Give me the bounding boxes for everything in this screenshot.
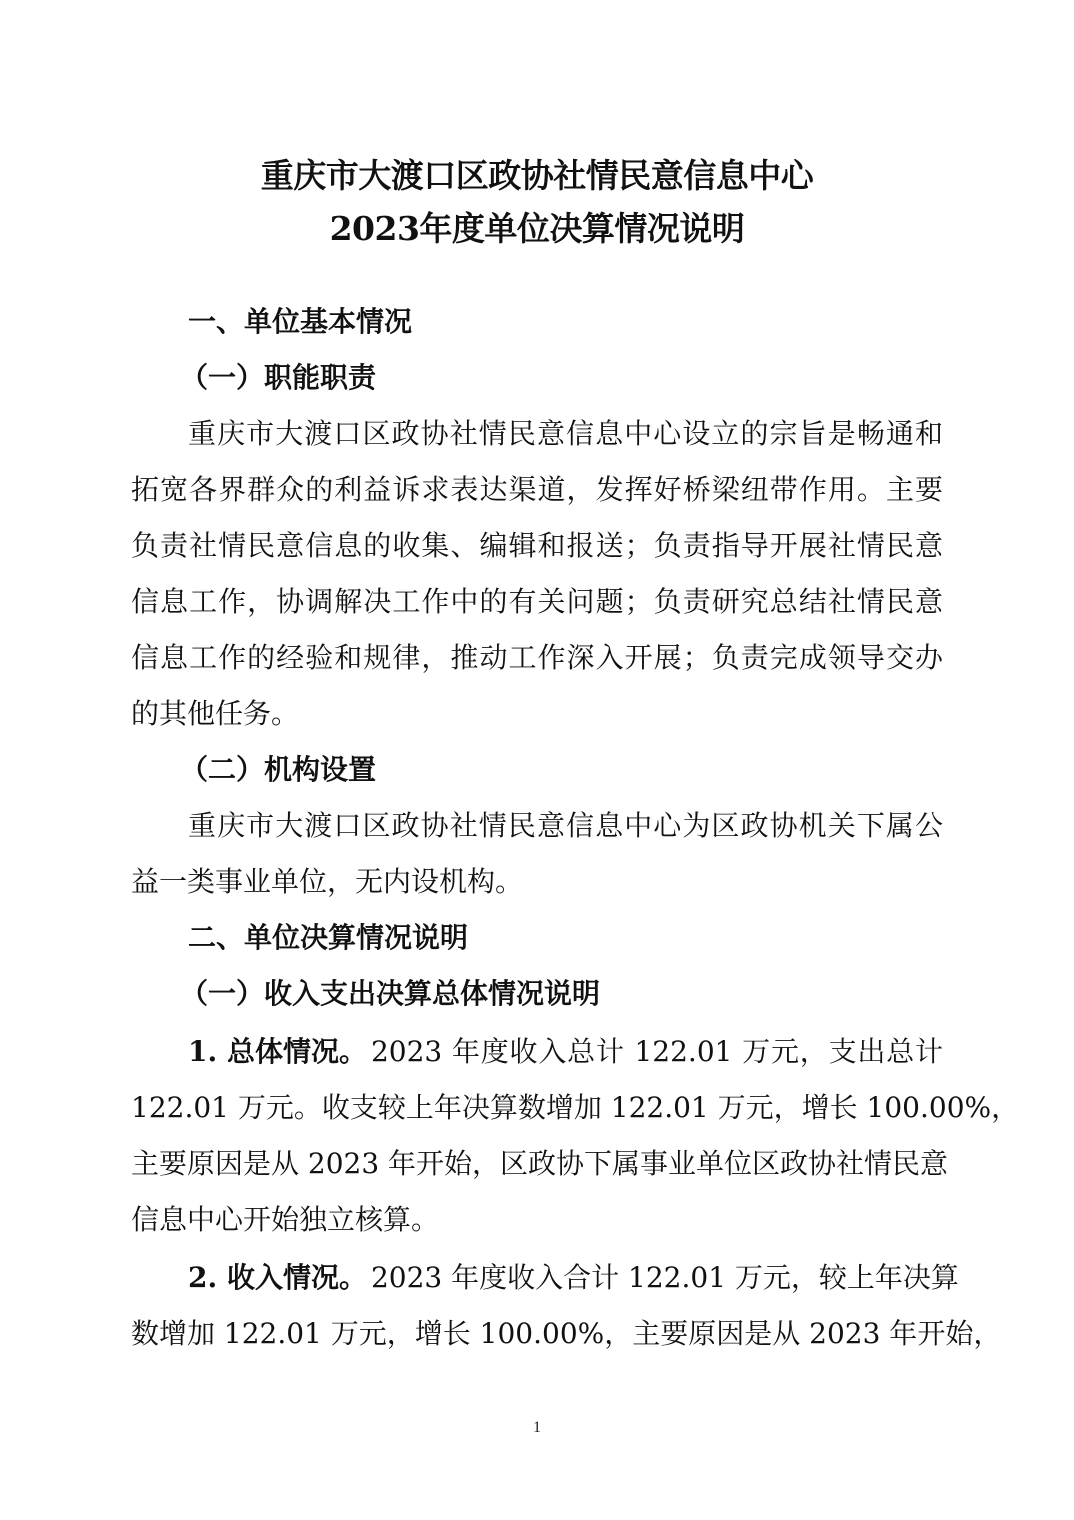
paragraph-line: 信息工作的经验和规律，推动工作深入开展；负责完成领导交办	[131, 638, 943, 678]
subsection-heading-organization: （二）机构设置	[180, 750, 376, 790]
paragraph-line-item-1: 1. 总体情况。 2023 年度收入总计 122.01 万元，支出总计	[188, 1032, 943, 1072]
document-title-line-2: 2023年度单位决算情况说明	[0, 209, 1074, 249]
paragraph-line: 信息工作，协调解决工作中的有关问题；负责研究总结社情民意	[131, 582, 943, 622]
paragraph-line: 数增加 122.01 万元，增长 100.00%，主要原因是从 2023 年开始…	[131, 1314, 943, 1354]
item-lead-income: 2. 收入情况。	[188, 1258, 367, 1298]
paragraph-line: 的其他任务。	[131, 694, 943, 734]
paragraph-line: 主要原因是从 2023 年开始，区政协下属事业单位区政协社情民意	[131, 1144, 943, 1184]
paragraph-line: 负责社情民意信息的收集、编辑和报送；负责指导开展社情民意	[131, 526, 943, 566]
document-title-line-1: 重庆市大渡口区政协社情民意信息中心	[0, 156, 1074, 196]
paragraph-line: 重庆市大渡口区政协社情民意信息中心设立的宗旨是畅通和	[188, 414, 943, 454]
subsection-heading-income-expense-overview: （一）收入支出决算总体情况说明	[180, 974, 600, 1014]
paragraph-line: 信息中心开始独立核算。	[131, 1200, 943, 1240]
subsection-heading-duties: （一）职能职责	[180, 358, 376, 398]
item-text: 2023 年度收入总计 122.01 万元，支出总计	[371, 1032, 943, 1072]
paragraph-line-item-2: 2. 收入情况。 2023 年度收入合计 122.01 万元，较上年决算	[188, 1258, 943, 1298]
paragraph-line: 122.01 万元。收支较上年决算数增加 122.01 万元，增长 100.00…	[131, 1088, 943, 1128]
item-lead-overall: 1. 总体情况。	[188, 1032, 367, 1072]
paragraph-line: 重庆市大渡口区政协社情民意信息中心为区政协机关下属公	[188, 806, 943, 846]
item-text: 2023 年度收入合计 122.01 万元，较上年决算	[371, 1258, 959, 1298]
document-page: 重庆市大渡口区政协社情民意信息中心 2023年度单位决算情况说明 一、单位基本情…	[0, 0, 1074, 1520]
page-number: 1	[0, 1418, 1074, 1438]
section-heading-final-accounts: 二、单位决算情况说明	[188, 918, 468, 958]
section-heading-basic-info: 一、单位基本情况	[188, 302, 412, 342]
paragraph-line: 益一类事业单位，无内设机构。	[131, 862, 943, 902]
paragraph-line: 拓宽各界群众的利益诉求表达渠道，发挥好桥梁纽带作用。主要	[131, 470, 943, 510]
